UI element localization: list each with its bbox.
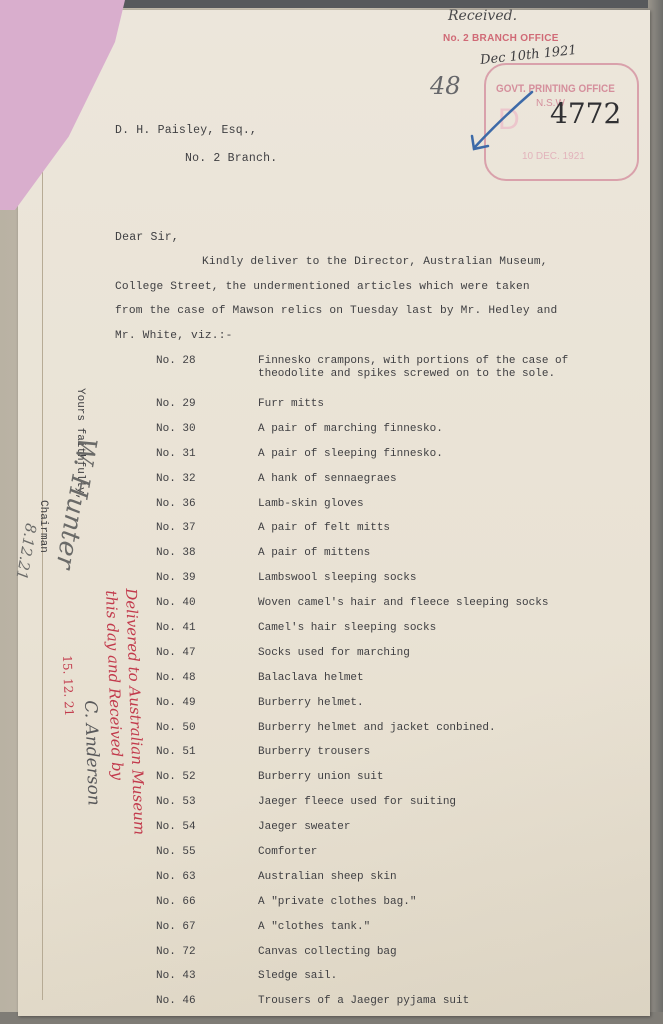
item-description: Sledge sail. xyxy=(258,970,608,983)
body-line-4: Mr. White, viz.:- xyxy=(115,330,233,342)
item-description: Comforter xyxy=(258,846,608,859)
item-number: No. 72 xyxy=(156,946,236,958)
item-description: Woven camel's hair and fleece sleeping s… xyxy=(258,597,608,610)
item-number: No. 41 xyxy=(156,622,236,634)
salutation: Dear Sir, xyxy=(115,231,179,244)
item-number: No. 52 xyxy=(156,771,236,783)
item-description: A hank of sennaegraes xyxy=(258,473,608,486)
item-description: Burberry helmet. xyxy=(258,697,608,710)
body-line-1: Kindly deliver to the Director, Australi… xyxy=(202,256,548,268)
item-description: Burberry trousers xyxy=(258,746,608,759)
item-number: No. 50 xyxy=(156,722,236,734)
stamp-number: 4772 xyxy=(550,97,621,130)
list-item: No. 47Socks used for marching xyxy=(156,647,616,672)
item-number: No. 31 xyxy=(156,448,236,460)
item-number: No. 47 xyxy=(156,647,236,659)
binder-edge-top xyxy=(100,0,663,8)
item-number: No. 55 xyxy=(156,846,236,858)
item-description: A pair of mittens xyxy=(258,547,608,560)
list-item: No. 49Burberry helmet. xyxy=(156,697,616,722)
list-item: No. 39Lambswool sleeping socks xyxy=(156,572,616,597)
item-number: No. 38 xyxy=(156,547,236,559)
item-number: No. 28 xyxy=(156,355,236,367)
item-description: Jaeger fleece used for suiting xyxy=(258,796,608,809)
item-description: Camel's hair sleeping socks xyxy=(258,622,608,635)
item-number: No. 39 xyxy=(156,572,236,584)
list-item: No. 54Jaeger sweater xyxy=(156,821,616,846)
item-description: Australian sheep skin xyxy=(258,871,608,884)
item-description: A "private clothes bag." xyxy=(258,896,608,909)
body-line-3: from the case of Mawson relics on Tuesda… xyxy=(115,305,557,317)
received-handwritten-note: Received. xyxy=(448,8,517,24)
item-number: No. 67 xyxy=(156,921,236,933)
item-description: Trousers of a Jaeger pyjama suit xyxy=(258,995,608,1008)
articles-list: No. 28Finnesko crampons, with portions o… xyxy=(156,355,616,1020)
list-item: No. 32A hank of sennaegraes xyxy=(156,473,616,498)
list-item: No. 30A pair of marching finnesko. xyxy=(156,423,616,448)
item-number: No. 53 xyxy=(156,796,236,808)
item-number: No. 43 xyxy=(156,970,236,982)
list-item: No. 63Australian sheep skin xyxy=(156,871,616,896)
item-number: No. 49 xyxy=(156,697,236,709)
item-number: No. 48 xyxy=(156,672,236,684)
item-description: Jaeger sweater xyxy=(258,821,608,834)
list-item: No. 50Burberry helmet and jacket conbine… xyxy=(156,722,616,747)
list-item: No. 51Burberry trousers xyxy=(156,746,616,771)
list-item: No. 28Finnesko crampons, with portions o… xyxy=(156,355,616,398)
item-number: No. 46 xyxy=(156,995,236,1007)
list-item: No. 66A "private clothes bag." xyxy=(156,896,616,921)
item-number: No. 66 xyxy=(156,896,236,908)
item-number: No. 29 xyxy=(156,398,236,410)
list-item: No. 31A pair of sleeping finnesko. xyxy=(156,448,616,473)
delivery-date: 15. 12. 21 xyxy=(60,655,76,717)
item-description: Burberry union suit xyxy=(258,771,608,784)
addressee-branch: No. 2 Branch. xyxy=(185,152,277,165)
list-item: No. 55Comforter xyxy=(156,846,616,871)
list-item: No. 36Lamb-skin gloves xyxy=(156,498,616,523)
item-number: No. 54 xyxy=(156,821,236,833)
list-item: No. 67A "clothes tank." xyxy=(156,921,616,946)
item-description: A "clothes tank." xyxy=(258,921,608,934)
body-line-2: College Street, the undermentioned artic… xyxy=(115,281,530,293)
list-item: No. 29Furr mitts xyxy=(156,398,616,423)
list-item: No. 37A pair of felt mitts xyxy=(156,522,616,547)
list-item: No. 72Canvas collecting bag xyxy=(156,946,616,971)
blue-pencil-arrow-icon xyxy=(468,88,538,158)
item-number: No. 30 xyxy=(156,423,236,435)
item-number: No. 36 xyxy=(156,498,236,510)
list-item: No. 48Balaclava helmet xyxy=(156,672,616,697)
item-number: No. 40 xyxy=(156,597,236,609)
addressee-name: D. H. Paisley, Esq., xyxy=(115,124,257,137)
item-description: Balaclava helmet xyxy=(258,672,608,685)
item-number: No. 37 xyxy=(156,522,236,534)
list-item: No. 46Trousers of a Jaeger pyjama suit xyxy=(156,995,616,1020)
list-item: No. 52Burberry union suit xyxy=(156,771,616,796)
item-number: No. 63 xyxy=(156,871,236,883)
binder-edge-right xyxy=(648,0,663,1024)
item-description: A pair of marching finnesko. xyxy=(258,423,608,436)
item-description: Furr mitts xyxy=(258,398,608,411)
delivery-signature: C. Anderson xyxy=(80,700,104,806)
list-item: No. 40Woven camel's hair and fleece slee… xyxy=(156,597,616,622)
item-description: Lambswool sleeping socks xyxy=(258,572,608,585)
item-description: Socks used for marching xyxy=(258,647,608,660)
list-item: No. 38A pair of mittens xyxy=(156,547,616,572)
item-description: A pair of sleeping finnesko. xyxy=(258,448,608,461)
branch-office-stamp: No. 2 BRANCH OFFICE xyxy=(443,33,559,44)
item-number: No. 32 xyxy=(156,473,236,485)
item-description: Canvas collecting bag xyxy=(258,946,608,959)
file-number-handwritten: 48 xyxy=(430,72,461,100)
item-description: A pair of felt mitts xyxy=(258,522,608,535)
list-item: No. 53Jaeger fleece used for suiting xyxy=(156,796,616,821)
item-description: Burberry helmet and jacket conbined. xyxy=(258,722,608,735)
item-description: Finnesko crampons, with portions of the … xyxy=(258,355,608,381)
list-item: No. 41Camel's hair sleeping socks xyxy=(156,622,616,647)
list-item: No. 43Sledge sail. xyxy=(156,970,616,995)
margin-fold-line xyxy=(42,160,43,1000)
item-number: No. 51 xyxy=(156,746,236,758)
item-description: Lamb-skin gloves xyxy=(258,498,608,511)
